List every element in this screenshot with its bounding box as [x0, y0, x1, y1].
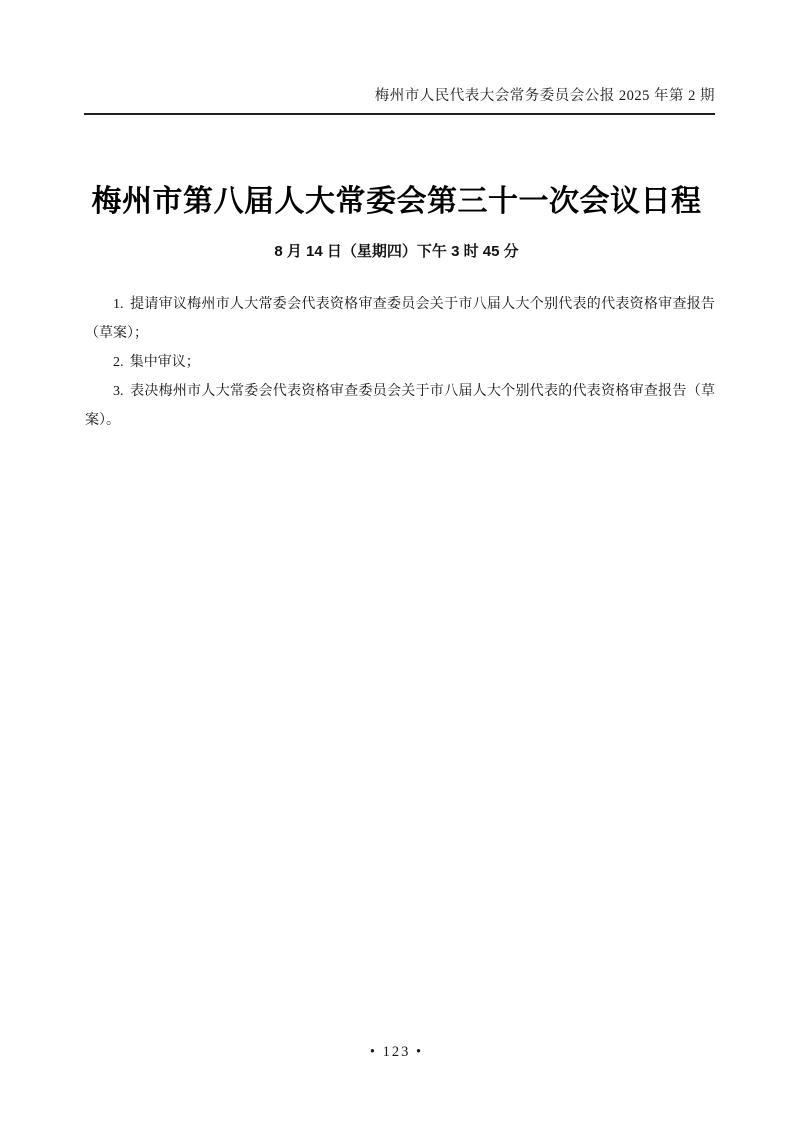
agenda-item-text: 集中审议； — [130, 355, 200, 370]
running-header: 梅州市人民代表大会常务委员会公报 2025 年第 2 期 — [84, 86, 715, 115]
agenda-item-number: 1. — [113, 297, 130, 312]
agenda-item-text: 表决梅州市人大常委会代表资格审查委员会关于市八届人大个别代表的代表资格审查报告（… — [85, 384, 715, 428]
agenda-item: 3.表决梅州市人大常委会代表资格审查委员会关于市八届人大个别代表的代表资格审查报… — [85, 377, 715, 435]
meeting-datetime: 8 月 14 日（星期四）下午 3 时 45 分 — [0, 241, 793, 262]
document-page: 梅州市人民代表大会常务委员会公报 2025 年第 2 期 梅州市第八届人大常委会… — [0, 0, 793, 1122]
page-title: 梅州市第八届人大常委会第三十一次会议日程 — [0, 183, 793, 221]
agenda-item-number: 3. — [113, 384, 130, 399]
agenda-item-text: 提请审议梅州市人大常委会代表资格审查委员会关于市八届人大个别代表的代表资格审查报… — [85, 297, 715, 341]
agenda-item: 2.集中审议； — [85, 348, 715, 377]
running-header-text: 梅州市人民代表大会常务委员会公报 2025 年第 2 期 — [375, 88, 715, 104]
agenda-item-number: 2. — [113, 355, 130, 370]
page-number: • 123 • — [0, 1044, 793, 1061]
agenda-list: 1.提请审议梅州市人大常委会代表资格审查委员会关于市八届人大个别代表的代表资格审… — [85, 290, 715, 435]
agenda-item: 1.提请审议梅州市人大常委会代表资格审查委员会关于市八届人大个别代表的代表资格审… — [85, 290, 715, 348]
